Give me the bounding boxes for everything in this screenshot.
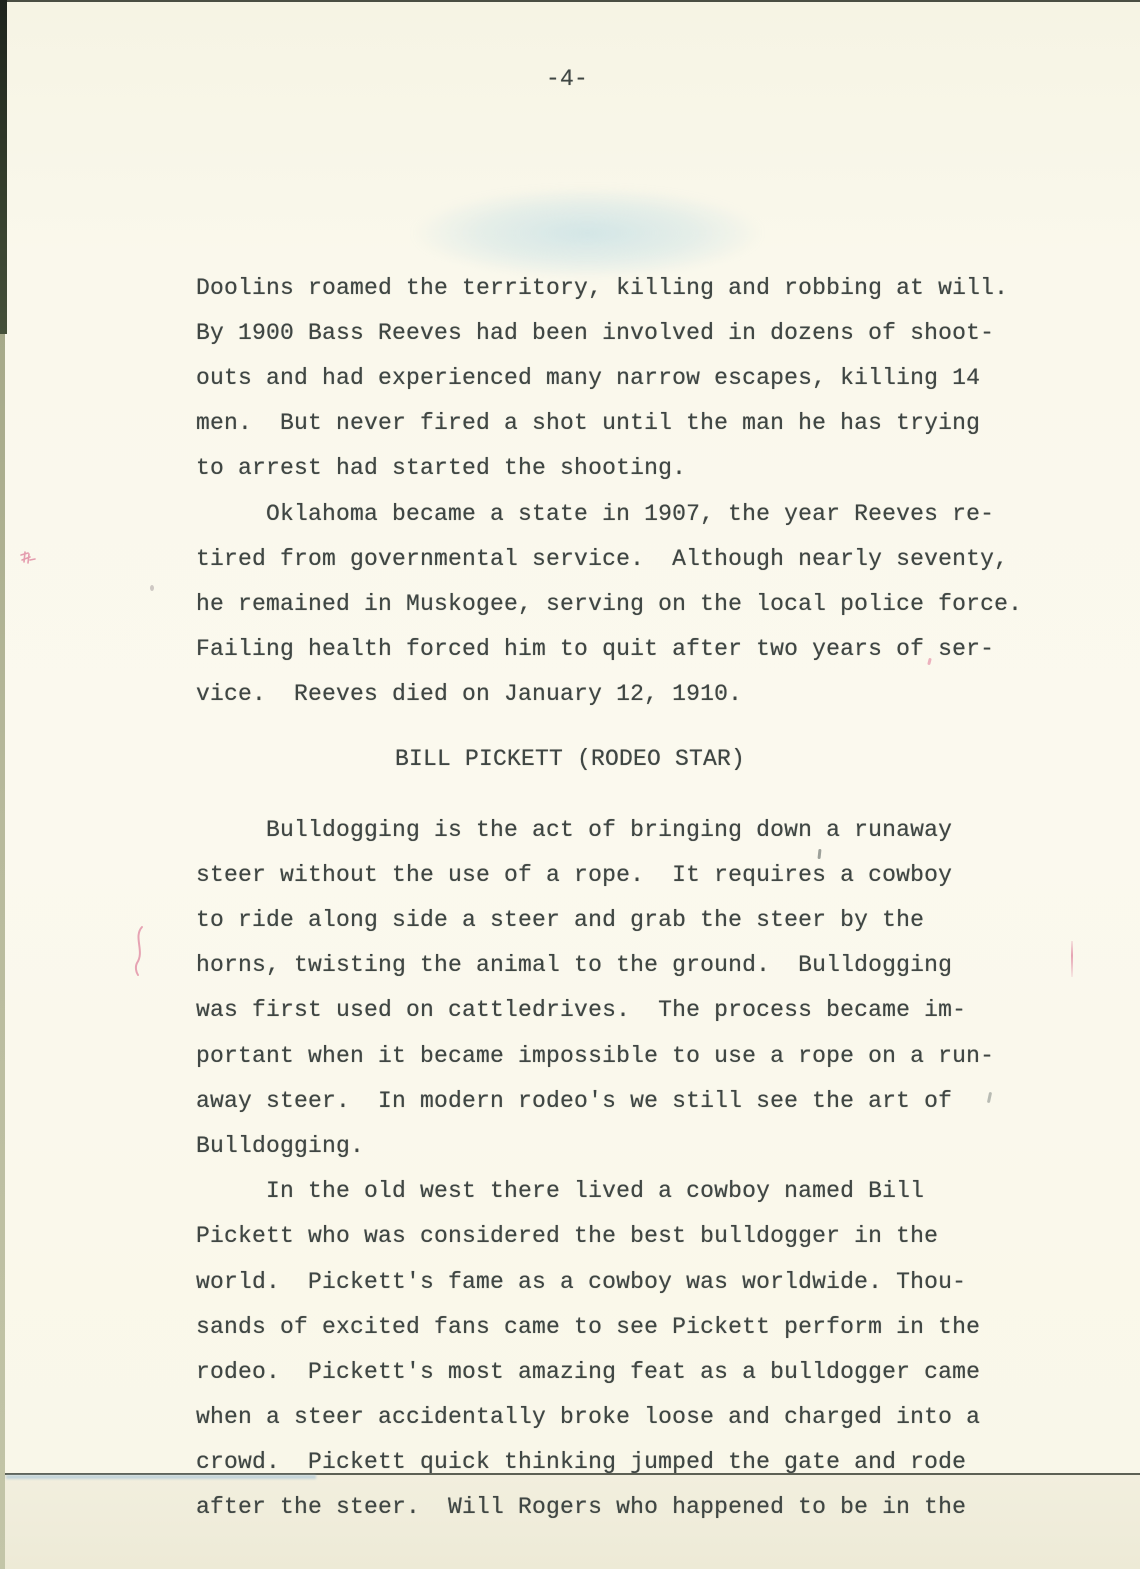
text-line: portant when it became impossible to use… [196, 1034, 1026, 1079]
text-line: Oklahoma became a state in 1907, the yea… [196, 492, 1026, 537]
text-line: tired from governmental service. Althoug… [196, 537, 1026, 582]
text-line: sands of excited fans came to see Picket… [196, 1305, 1026, 1350]
text-line: vice. Reeves died on January 12, 1910. [196, 672, 1026, 717]
page-number: -4- [0, 66, 1137, 92]
text-line: was first used on cattledrives. The proc… [196, 988, 1026, 1033]
text-line: By 1900 Bass Reeves had been involved in… [196, 311, 1026, 356]
section-heading: BILL PICKETT (RODEO STAR) [173, 737, 967, 782]
scan-left-edge-dark [0, 0, 7, 334]
text-line: horns, twisting the animal to the ground… [196, 943, 1026, 988]
text-line: Failing health forced him to quit after … [196, 627, 1026, 672]
text-line: In the old west there lived a cowboy nam… [196, 1169, 1026, 1214]
text-flow: Doolins roamed the territory, killing an… [196, 130, 1026, 1531]
text-line: to ride along side a steer and grab the … [196, 898, 1026, 943]
text-line: rodeo. Pickett's most amazing feat as a … [196, 1350, 1026, 1395]
text-line: when a steer accidentally broke loose an… [196, 1395, 1026, 1440]
text-line: crowd. Pickett quick thinking jumped the… [196, 1440, 1026, 1485]
scan-top-edge [0, 0, 1140, 2]
text-line: world. Pickett's fame as a cowboy was wo… [196, 1260, 1026, 1305]
text-line: Pickett who was considered the best bull… [196, 1214, 1026, 1259]
text-line: after the steer. Will Rogers who happene… [196, 1485, 1026, 1530]
page-bottom-edge-blue-tint [6, 1475, 316, 1479]
text-line: outs and had experienced many narrow esc… [196, 356, 1026, 401]
text-line: Bulldogging. [196, 1124, 1026, 1169]
text-line: Doolins roamed the territory, killing an… [196, 266, 1026, 311]
text-line: to arrest had started the shooting. [196, 446, 1026, 491]
text-line: Bulldogging is the act of bringing down … [196, 808, 1026, 853]
document-page: -4- Doolins roamed the territory, killin… [0, 0, 1140, 1473]
text-line: he remained in Muskogee, serving on the … [196, 582, 1026, 627]
text-line: steer without the use of a rope. It requ… [196, 853, 1026, 898]
text-line: away steer. In modern rodeo's we still s… [196, 1079, 1026, 1124]
text-line: men. But never fired a shot until the ma… [196, 401, 1026, 446]
scan-left-edge-olive [0, 334, 5, 1569]
